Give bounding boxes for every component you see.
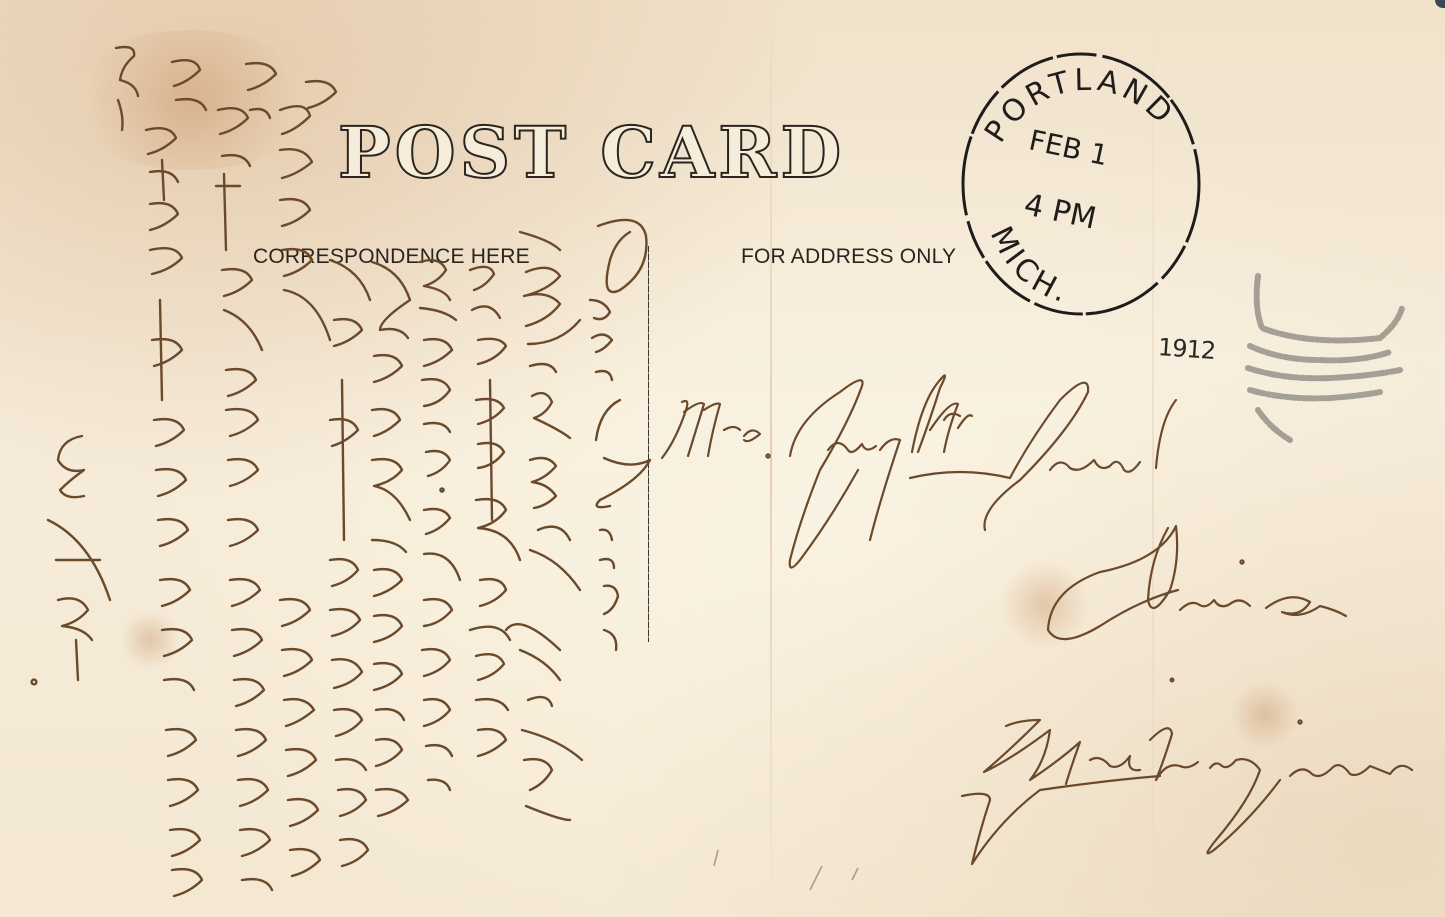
postcard-back: POSTCARD CORRESPONDENCE HERE FOR ADDRESS…	[0, 0, 1445, 917]
pencil-marks	[714, 850, 858, 890]
address-line-name	[662, 376, 1176, 568]
address-line-state	[962, 720, 1412, 864]
handwriting-layer	[0, 0, 1445, 917]
address-line-city	[1048, 526, 1346, 681]
